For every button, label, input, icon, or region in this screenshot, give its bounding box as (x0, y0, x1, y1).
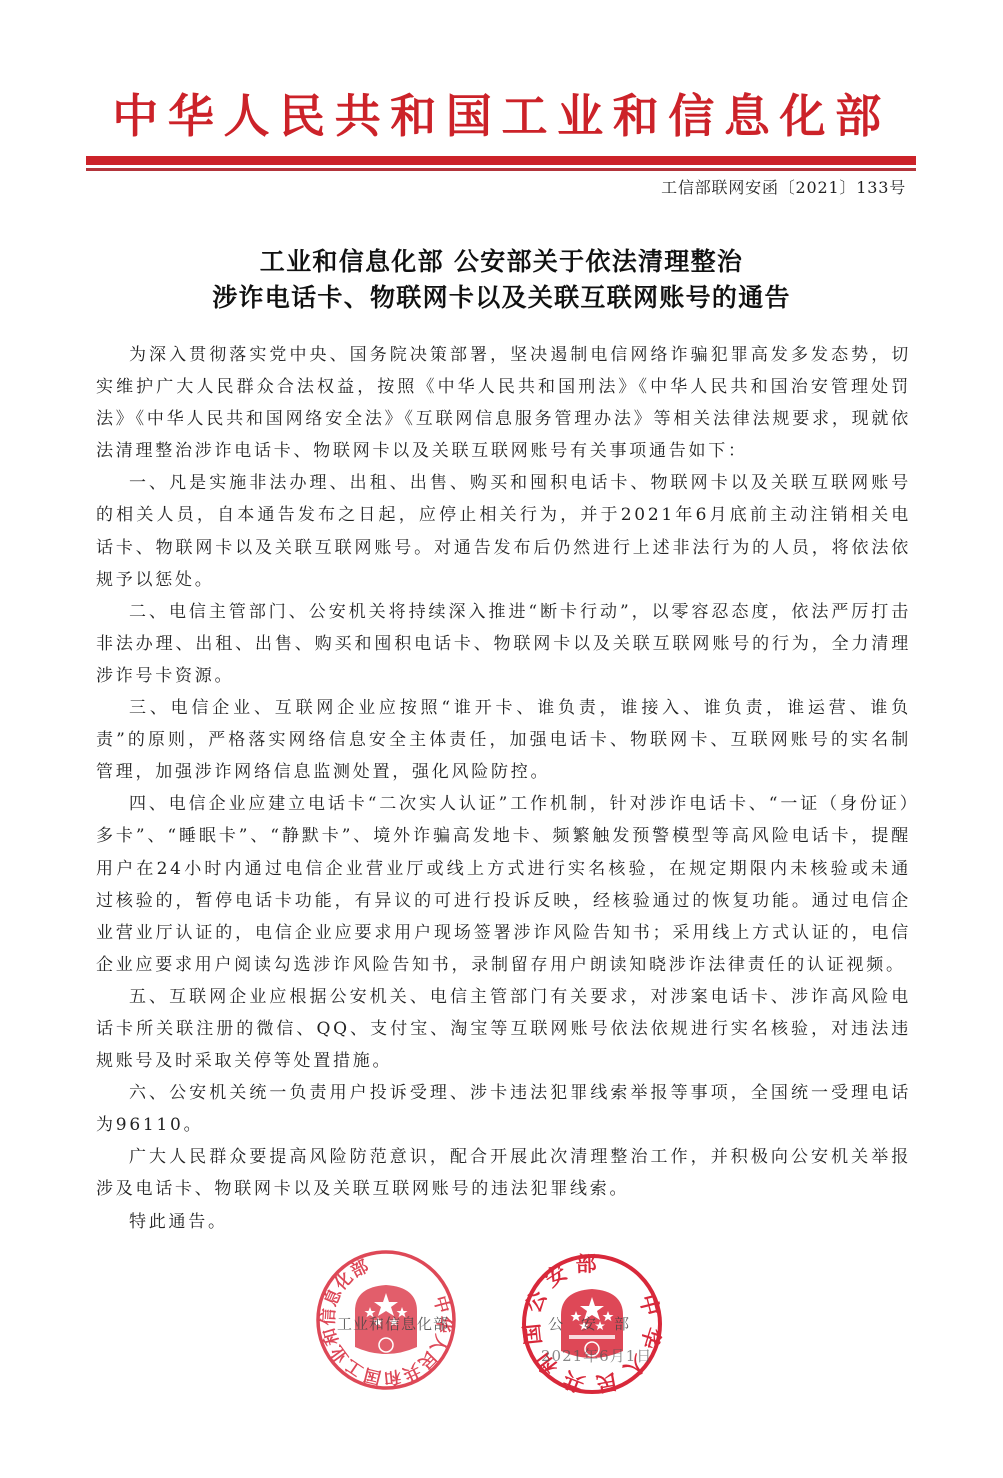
paragraph-item-6: 六、公安机关统一负责用户投诉受理、涉卡违法犯罪线索举报等事项，全国统一受理电话为… (96, 1077, 911, 1141)
signature-date: 2021年6月1日 (541, 1345, 652, 1366)
paragraph-item-2: 二、电信主管部门、公安机关将持续深入推进“断卡行动”，以零容忍态度，依法严厉打击… (96, 596, 911, 692)
document-body: 为深入贯彻落实党中央、国务院决策部署，坚决遏制电信网络诈骗犯罪高发多发态势，切实… (96, 339, 911, 1238)
letterhead-divider-thin (86, 168, 916, 171)
paragraph-appeal: 广大人民群众要提高风险防范意识，配合开展此次清理整治工作，并积极向公安机关举报涉… (96, 1141, 911, 1205)
letterhead-title: 中华人民共和国工业和信息化部 (0, 88, 1003, 144)
letterhead-divider-thick (86, 156, 916, 165)
paragraph-closing: 特此通告。 (96, 1206, 911, 1238)
paragraph-item-1: 一、凡是实施非法办理、出租、出售、购买和囤积电话卡、物联网卡以及关联互联网账号的… (96, 467, 911, 595)
paragraph-item-5: 五、互联网企业应根据公安机关、电信主管部门有关要求，对涉案电话卡、涉诈高风险电话… (96, 981, 911, 1077)
document-number: 工信部联网安函〔2021〕133号 (661, 176, 906, 200)
paragraph-item-4: 四、电信企业应建立电话卡“二次实人认证”工作机制，针对涉诈电话卡、“一证（身份证… (96, 788, 911, 981)
document-title-line-1: 工业和信息化部 公安部关于依法清理整治 (0, 244, 1003, 280)
paragraph-preamble: 为深入贯彻落实党中央、国务院决策部署，坚决遏制电信网络诈骗犯罪高发多发态势，切实… (96, 339, 911, 467)
document-title-line-2: 涉诈电话卡、物联网卡以及关联互联网账号的通告 (0, 280, 1003, 316)
paragraph-item-3: 三、电信企业、互联网企业应按照“谁开卡、谁负责，谁接入、谁负责，谁运营、谁负责”… (96, 692, 911, 788)
signature-miit: 工业和信息化部 (337, 1313, 449, 1334)
signature-mps: 公安部 (548, 1313, 647, 1334)
